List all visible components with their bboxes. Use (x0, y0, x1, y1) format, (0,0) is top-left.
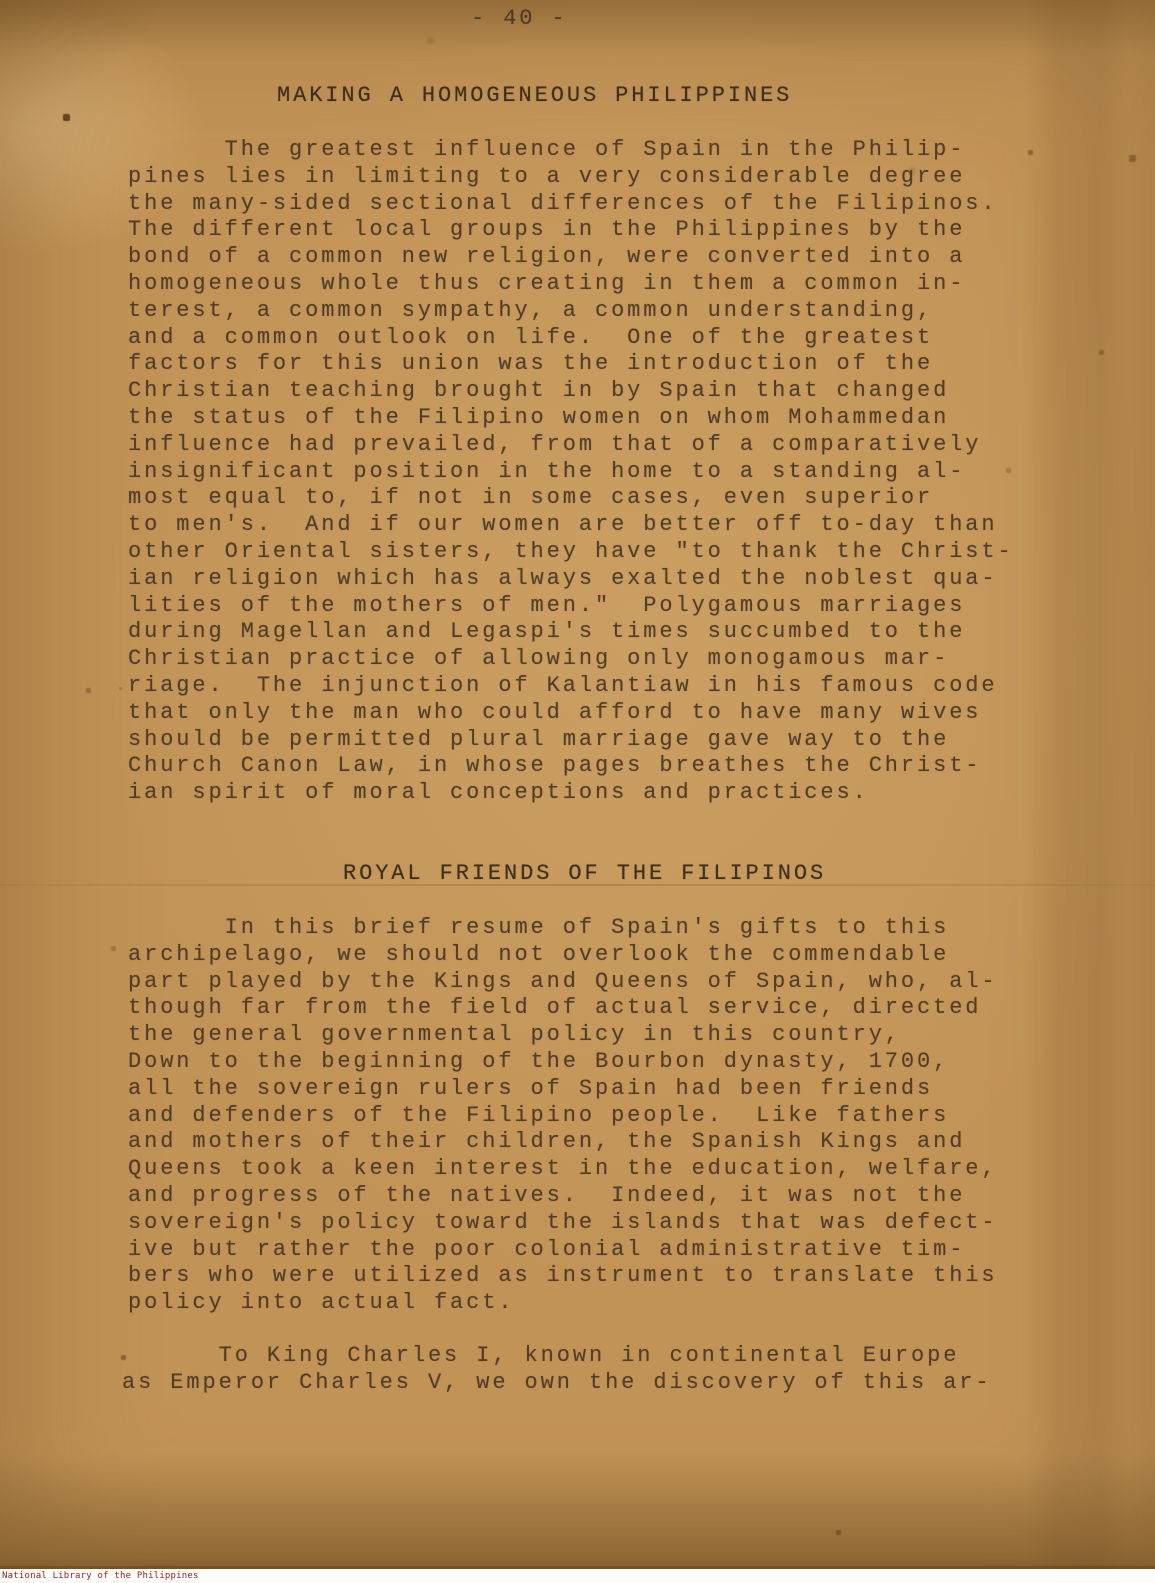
section-1-paragraph-1: The greatest influence of Spain in the P… (128, 137, 1014, 807)
section-1-heading: MAKING A HOMOGENEOUS PHILIPPINES (277, 83, 792, 110)
page-number: - 40 - (471, 6, 568, 33)
section-2-paragraph-2: To King Charles I, known in continental … (122, 1343, 992, 1397)
paper-specks (0, 0, 1, 1)
scanner-footer-strip: National Library of the Philippines (0, 1569, 1155, 1583)
section-2-paragraph-1: In this brief resume of Spain's gifts to… (128, 915, 998, 1317)
library-watermark-text: National Library of the Philippines (2, 1571, 199, 1582)
scanned-document-page: - 40 - MAKING A HOMOGENEOUS PHILIPPINES … (0, 0, 1155, 1583)
section-2-heading: ROYAL FRIENDS OF THE FILIPINOS (343, 861, 826, 888)
